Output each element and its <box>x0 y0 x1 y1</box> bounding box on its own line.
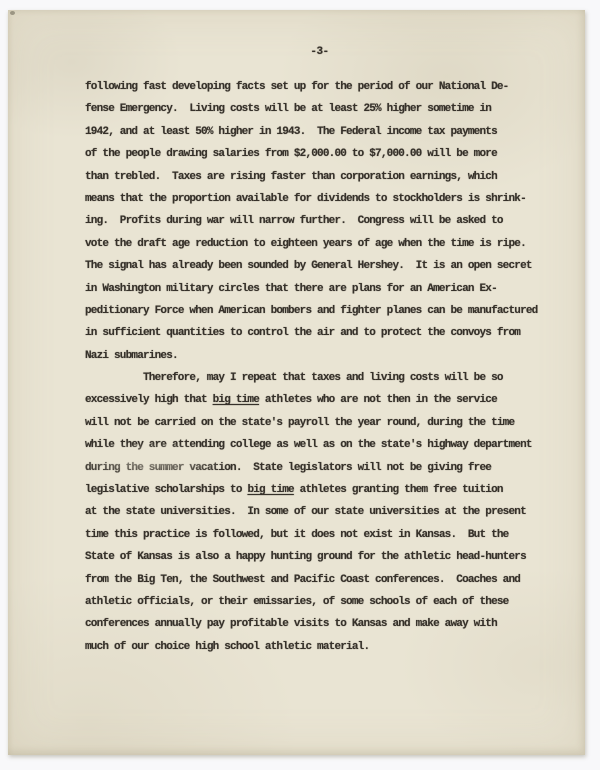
text-line: conferences annually pay profitable visi… <box>85 613 557 635</box>
text-line: while they are attending college as well… <box>85 434 557 456</box>
text-line: legislative scholarships to big time ath… <box>85 479 557 501</box>
text-line: excessively high that big time athletes … <box>85 389 557 411</box>
text-line: Therefore, may I repeat that taxes and l… <box>85 367 557 389</box>
paragraph: Therefore, may I repeat that taxes and l… <box>85 367 557 658</box>
text-line: time this practice is followed, but it d… <box>85 524 557 546</box>
text-line: than trebled. Taxes are rising faster th… <box>85 166 557 188</box>
text-line: much of our choice high school athletic … <box>85 636 557 658</box>
page-number: -3- <box>8 46 585 58</box>
text-line: 1942, and at least 50% higher in 1943. T… <box>85 121 557 143</box>
text-segment: athletes who are not then in the service <box>259 394 497 406</box>
text-line: The signal has already been sounded by G… <box>85 255 557 277</box>
text-line: athletic officials, or their emissaries,… <box>85 591 557 613</box>
text-line: of the people drawing salaries from $2,0… <box>85 143 557 165</box>
text-segment: legislative scholarships to <box>85 484 247 496</box>
underlined-phrase: big time <box>247 484 293 496</box>
scan-artifact <box>10 11 15 15</box>
text-line: means that the proportion available for … <box>85 188 557 210</box>
text-line: during the summer vacation. State legisl… <box>85 457 557 479</box>
text-line: in Washington military circles that ther… <box>85 278 557 300</box>
text-line: will not be carried on the state's payro… <box>85 412 557 434</box>
text-line: at the state universities. In some of ou… <box>85 501 557 523</box>
text-line: ing. Profits during war will narrow furt… <box>85 210 557 232</box>
underlined-phrase: big time <box>213 394 259 406</box>
text-line: State of Kansas is also a happy hunting … <box>85 546 557 568</box>
text-block: following fast developing facts set up f… <box>85 76 557 658</box>
text-line: Nazi submarines. <box>85 345 557 367</box>
text-line: following fast developing facts set up f… <box>85 76 557 98</box>
paragraph: following fast developing facts set up f… <box>85 76 557 367</box>
text-line: from the Big Ten, the Southwest and Paci… <box>85 569 557 591</box>
text-line: in sufficient quantities to control the … <box>85 322 557 344</box>
text-segment: excessively high that <box>85 394 213 406</box>
text-line: vote the draft age reduction to eighteen… <box>85 233 557 255</box>
scanned-page: -3- following fast developing facts set … <box>8 10 585 755</box>
text-line: fense Emergency. Living costs will be at… <box>85 98 557 120</box>
text-segment: athletes granting them free tuition <box>294 484 503 496</box>
text-line: peditionary Force when American bombers … <box>85 300 557 322</box>
